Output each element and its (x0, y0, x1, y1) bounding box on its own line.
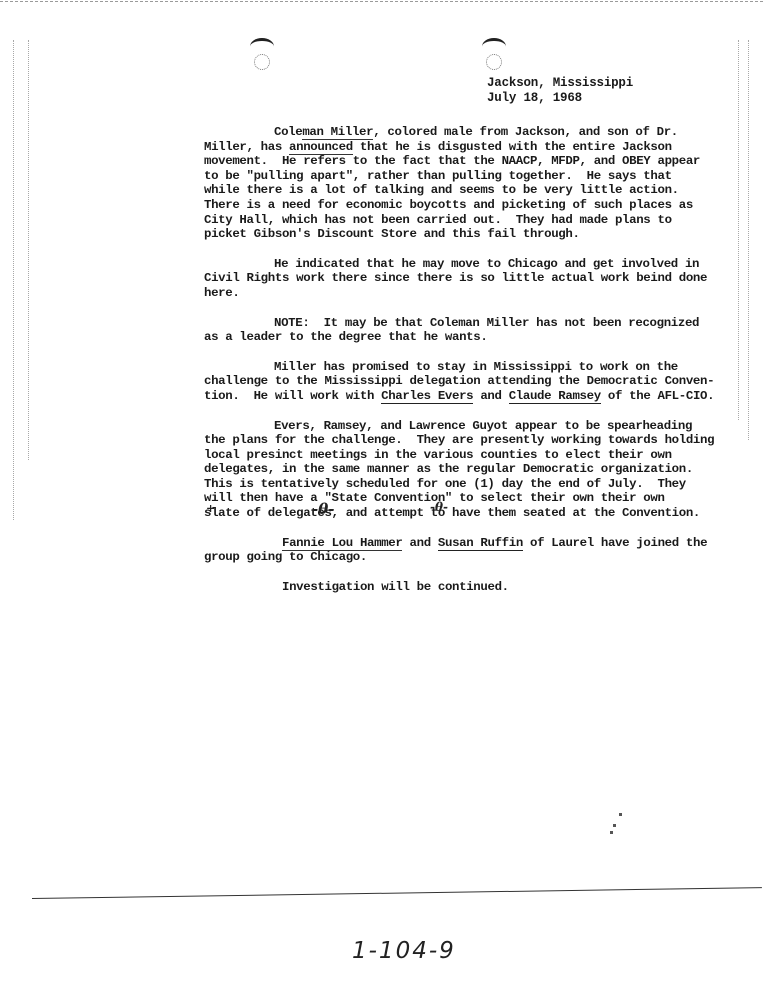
text-line: as a leader to the degree that he wants. (134, 330, 654, 345)
text-line: while there is a lot of talking and seem… (134, 183, 654, 198)
text-line: to be "pulling apart", rather than pulli… (134, 169, 654, 184)
handwritten-mark: + (206, 502, 215, 515)
underlined-word: announced (289, 140, 353, 155)
date: July 18, 1968 (487, 91, 633, 106)
text-line: Miller has promised to stay in Mississip… (134, 360, 654, 375)
text-line: picket Gibson's Discount Store and this … (134, 227, 654, 242)
paragraph-1: Coleman Miller, colored male from Jackso… (134, 125, 654, 242)
text-line: the plans for the challenge. They are pr… (134, 433, 654, 448)
right-binding-marks (748, 40, 749, 440)
text-line: Fannie Lou Hammer and Susan Ruffin of La… (134, 536, 654, 551)
underlined-name: Susan Ruffin (438, 536, 523, 551)
text-line: There is a need for economic boycotts an… (134, 198, 654, 213)
underlined-name: man Miller (302, 125, 373, 140)
text-line: Evers, Ramsey, and Lawrence Guyot appear… (134, 419, 654, 434)
underlined-name: Claude Ramsey (509, 389, 601, 404)
text-line: Miller, has announced that he is disgust… (134, 140, 654, 155)
text-line: Investigation will be continued. (134, 580, 654, 595)
page-number: 1-104-9 (352, 938, 456, 964)
text-line: Coleman Miller, colored male from Jackso… (134, 125, 654, 140)
memo-body: Coleman Miller, colored male from Jackso… (134, 125, 654, 609)
scan-speck (613, 824, 616, 827)
text-line: delegates, in the same manner as the reg… (134, 462, 654, 477)
text-line: group going to Chicago. (134, 550, 654, 565)
punch-hole-right (486, 50, 504, 70)
paragraph-6: Fannie Lou Hammer and Susan Ruffin of La… (134, 536, 654, 565)
text-line: NOTE: It may be that Coleman Miller has … (134, 316, 654, 331)
text-line: This is tentatively scheduled for one (1… (134, 477, 654, 492)
handwritten-mark: -θ- (312, 500, 334, 518)
right-binding-marks (738, 40, 739, 420)
scan-speck (619, 813, 622, 816)
footer-rule (32, 887, 762, 899)
underlined-name: Fannie Lou Hammer (282, 536, 402, 551)
text-line: local presinct meetings in the various c… (134, 448, 654, 463)
text-line: movement. He refers to the fact that the… (134, 154, 654, 169)
text-line: Civil Rights work there since there is s… (134, 271, 654, 286)
paragraph-2: He indicated that he may move to Chicago… (134, 257, 654, 301)
paragraph-note: NOTE: It may be that Coleman Miller has … (134, 316, 654, 345)
text-line: City Hall, which has not been carried ou… (134, 213, 654, 228)
left-binding-marks (28, 40, 29, 460)
text-line: He indicated that he may move to Chicago… (134, 257, 654, 272)
paragraph-4: Miller has promised to stay in Mississip… (134, 360, 654, 404)
text-line: tion. He will work with Charles Evers an… (134, 389, 654, 404)
scan-edge-dashes (0, 1, 763, 2)
underlined-name: Charles Evers (381, 389, 473, 404)
left-binding-marks (13, 40, 14, 520)
text-line: challenge to the Mississippi delegation … (134, 374, 654, 389)
scan-speck (610, 831, 613, 834)
punch-hole-left (254, 50, 272, 70)
text-line: here. (134, 286, 654, 301)
dateline: Jackson, Mississippi July 18, 1968 (487, 76, 633, 106)
paragraph-closing: Investigation will be continued. (134, 580, 654, 595)
handwritten-mark: -θ- (430, 500, 448, 514)
location: Jackson, Mississippi (487, 76, 633, 91)
